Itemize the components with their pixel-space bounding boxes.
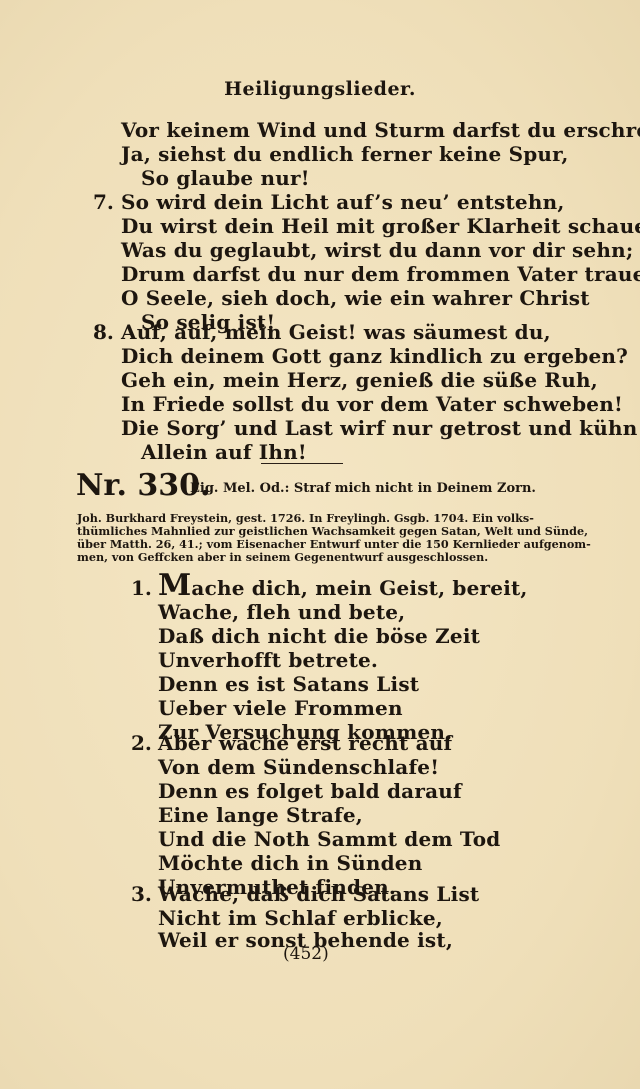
verse-line: Drum darfst du nur dem frommen Vater tra… [121, 262, 640, 286]
verse-line: Nicht im Schlaf erblicke, [158, 906, 443, 930]
verse-line: Wache, daß dich Satans List [158, 882, 479, 906]
verse-line: Unverhofft betrete. [158, 648, 378, 672]
verse-number: 7. [93, 190, 114, 214]
verse-line: Und die Noth Sammt dem Tod [158, 827, 500, 851]
verse-number: 2. [131, 731, 152, 755]
verse-line: Die Sorg’ und Last wirf nur getrost und … [121, 416, 637, 440]
running-head: Heiligungslieder. [0, 78, 640, 100]
book-page: Heiligungslieder. Vor keinem Wind und St… [0, 0, 640, 1089]
verse-line: Was du geglaubt, wirst du dann vor dir s… [121, 238, 633, 262]
drop-capital: M [158, 568, 191, 603]
verse-line: Dich deinem Gott ganz kindlich zu ergebe… [121, 344, 628, 368]
verse-line: Geh ein, mein Herz, genieß die süße Ruh, [121, 368, 598, 392]
verse-line: Daß dich nicht die böse Zeit [158, 624, 480, 648]
verse-line: Ueber viele Frommen [158, 696, 403, 720]
verse-line: Allein auf Ihn! [141, 440, 307, 464]
verse-line: Möchte dich in Sünden [158, 851, 422, 875]
verse-line: Auf, auf, mein Geist! was säumest du, [121, 320, 551, 344]
verse-line: In Friede sollst du vor dem Vater schweb… [121, 392, 623, 416]
note-line: men, von Geffcken aber in seinem Gegenen… [77, 551, 488, 565]
verse-line: So wird dein Licht auf’s neu’ entstehn, [121, 190, 565, 214]
verse-line: Mache dich, mein Geist, bereit, [158, 576, 528, 600]
verse-line: Vor keinem Wind und Sturm darfst du ersc… [121, 118, 640, 142]
verse-number: 3. [131, 882, 152, 906]
verse-line: Von dem Sündenschlafe! [158, 755, 439, 779]
verse-line: Ja, siehst du endlich ferner keine Spur, [121, 142, 569, 166]
verse-number: 8. [93, 320, 114, 344]
verse-line: Eine lange Strafe, [158, 803, 363, 827]
verse-line: Wache, fleh und bete, [158, 600, 405, 624]
verse-line: Aber wache erst recht auf [158, 731, 452, 755]
verse-line-text: ache dich, mein Geist, bereit, [191, 576, 527, 600]
melody-reference: Eig. Mel. Od.: Straf mich nicht in Deine… [190, 481, 536, 497]
verse-line: Denn es ist Satans List [158, 672, 419, 696]
section-divider [261, 463, 343, 464]
verse-line: Du wirst dein Heil mit großer Klarheit s… [121, 214, 640, 238]
page-number: (452) [283, 944, 329, 964]
verse-number: 1. [131, 576, 152, 600]
verse-line: Denn es folget bald darauf [158, 779, 462, 803]
verse-line: So glaube nur! [141, 166, 310, 190]
verse-line: O Seele, sieh doch, wie ein wahrer Chris… [121, 286, 590, 310]
